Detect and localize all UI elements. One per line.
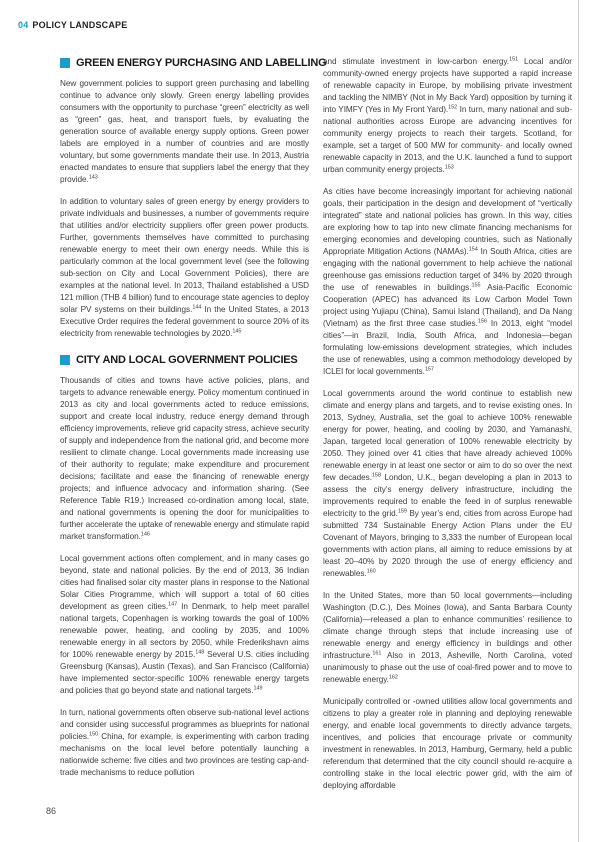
footnote-ref: 161 bbox=[372, 650, 381, 656]
text-columns: GREEN ENERGY PURCHASING AND LABELLING Ne… bbox=[60, 56, 572, 802]
footnote-ref: 162 bbox=[389, 674, 398, 680]
chapter-number: 04 bbox=[18, 20, 28, 30]
paragraph: As cities have become increasingly impor… bbox=[323, 186, 572, 378]
footnote-ref: 156 bbox=[478, 318, 487, 324]
footnote-ref: 160 bbox=[367, 568, 376, 574]
footnote-ref: 148 bbox=[195, 649, 204, 655]
footnote-ref: 158 bbox=[372, 472, 381, 478]
footnote-ref: 143 bbox=[89, 174, 98, 180]
paragraph: Thousands of cities and towns have activ… bbox=[60, 375, 309, 543]
section-heading-label: CITY AND LOCAL GOVERNMENT POLICIES bbox=[76, 354, 298, 366]
document-page: 04POLICY LANDSCAPE GREEN ENERGY PURCHASI… bbox=[0, 0, 595, 842]
left-column: GREEN ENERGY PURCHASING AND LABELLING Ne… bbox=[60, 56, 309, 802]
footnote-ref: 157 bbox=[425, 366, 434, 372]
paragraph: New government policies to support green… bbox=[60, 78, 309, 186]
footnote-ref: 149 bbox=[253, 685, 262, 691]
footnote-ref: 155 bbox=[471, 282, 480, 288]
footnote-ref: 153 bbox=[445, 164, 454, 170]
paragraph: In the United States, more than 50 local… bbox=[323, 590, 572, 686]
section-square-icon bbox=[60, 58, 70, 68]
footnote-ref: 147 bbox=[168, 601, 177, 607]
page-number: 86 bbox=[46, 806, 56, 816]
paragraph: and stimulate investment in low-carbon e… bbox=[323, 56, 572, 176]
footnote-ref: 154 bbox=[469, 246, 478, 252]
section-square-icon bbox=[60, 355, 70, 365]
paragraph: Municipally controlled or -owned utiliti… bbox=[323, 696, 572, 792]
running-header: 04POLICY LANDSCAPE bbox=[18, 20, 127, 30]
chapter-title: POLICY LANDSCAPE bbox=[32, 20, 127, 30]
footnote-ref: 145 bbox=[232, 328, 241, 334]
footnote-ref: 152 bbox=[448, 104, 457, 110]
section-heading-label: GREEN ENERGY PURCHASING AND LABELLING bbox=[76, 57, 327, 69]
section-heading-city-local: CITY AND LOCAL GOVERNMENT POLICIES bbox=[60, 354, 309, 366]
footnote-ref: 159 bbox=[398, 508, 407, 514]
paragraph: In addition to voluntary sales of green … bbox=[60, 196, 309, 340]
footnote-ref: 144 bbox=[192, 304, 201, 310]
footnote-ref: 151 bbox=[509, 56, 518, 62]
section-heading-green-energy: GREEN ENERGY PURCHASING AND LABELLING bbox=[60, 57, 309, 69]
paragraph: In turn, national governments often obse… bbox=[60, 707, 309, 779]
paragraph: Local governments around the world conti… bbox=[323, 388, 572, 580]
paragraph: Local government actions often complemen… bbox=[60, 553, 309, 697]
page-edge-divider bbox=[578, 0, 579, 842]
right-column: and stimulate investment in low-carbon e… bbox=[323, 56, 572, 802]
footnote-ref: 150 bbox=[89, 731, 98, 737]
footnote-ref: 146 bbox=[141, 531, 150, 537]
